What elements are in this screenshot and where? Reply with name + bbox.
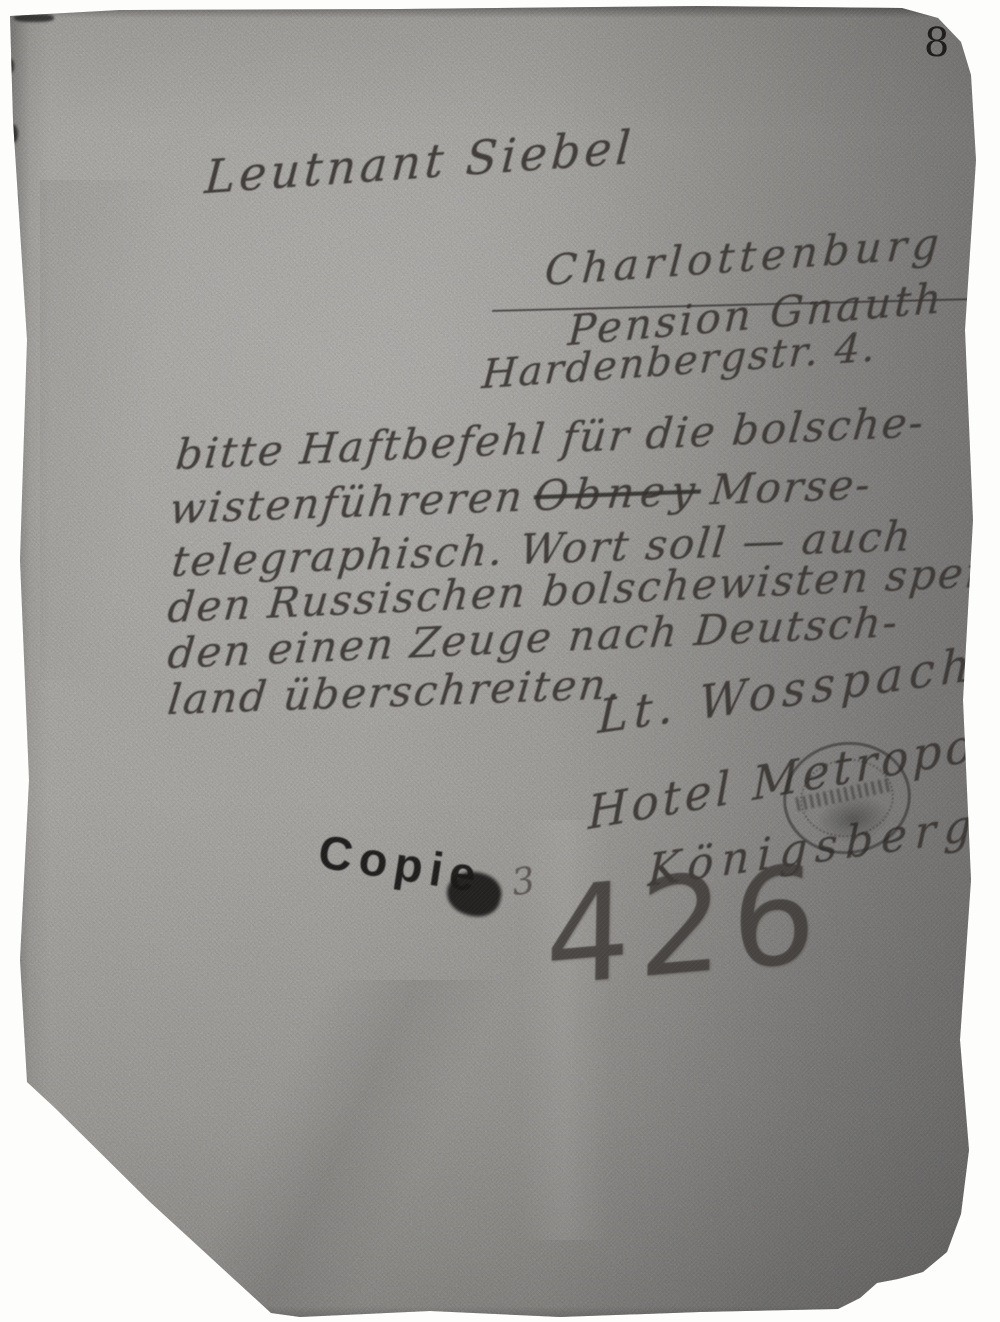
page-number: 8 <box>924 20 950 66</box>
pencil-small-mark: 3 <box>509 861 537 905</box>
edge-speck <box>5 252 15 266</box>
edge-speck <box>14 14 54 22</box>
edge-speck <box>6 124 18 144</box>
pencil-archive-number: 426 <box>544 835 825 1016</box>
paper-bottom-edge-shadow <box>0 1306 1000 1322</box>
edge-speck <box>8 188 17 214</box>
handwritten-recipient: Leutnant Siebel <box>203 120 636 204</box>
postmark-illegible-text <box>795 777 894 811</box>
body-line2-pre: wistenführeren <box>167 472 526 534</box>
paper-left-edge-shadow <box>0 0 30 1322</box>
body-line2-post: Morse- <box>708 459 874 514</box>
paper-crease <box>0 980 700 1320</box>
crossed-out-word: Obney <box>531 465 703 520</box>
paper-top-edge-shadow <box>0 0 1000 18</box>
scanned-document-photo: 8 Leutnant Siebel Charlottenburg Pension… <box>0 0 1000 1322</box>
edge-speck <box>4 58 14 74</box>
paper-sheet: 8 Leutnant Siebel Charlottenburg Pension… <box>0 0 1000 1322</box>
